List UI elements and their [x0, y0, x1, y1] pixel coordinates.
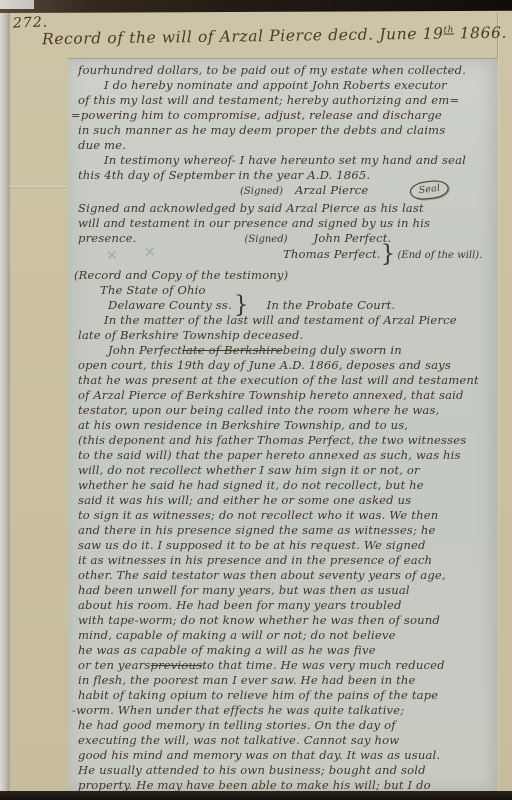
- text-line: had been unwell for many years, but was …: [78, 583, 498, 598]
- text-segment: or ten years: [78, 658, 151, 673]
- text-segment: good his mind and memory was on that day…: [78, 748, 440, 763]
- text-line: of this my last will and testament; here…: [78, 93, 498, 108]
- text-line: Delaware County ss.}In the Probate Court…: [78, 298, 498, 313]
- text-segment: about his room. He had been for many yea…: [78, 598, 402, 613]
- page-title-text: Record of the will of Arzal Pierce decd.…: [42, 25, 444, 49]
- text-segment: presence.: [78, 231, 137, 246]
- page-title-year: 1866.: [454, 24, 507, 43]
- text-segment: fourhundred dollars, to be paid out of m…: [78, 63, 466, 78]
- text-line: habit of taking opium to relieve him of …: [78, 688, 498, 703]
- page-corner: [0, 0, 34, 9]
- text-segment: (Record and Copy of the testimony): [74, 268, 288, 283]
- text-segment: of Arzal Pierce of Berkshire Township he…: [78, 388, 464, 403]
- seal-stamp: Seal: [409, 179, 450, 202]
- text-segment: he had good memory in telling stories. O…: [78, 718, 396, 733]
- text-segment: will, do not recollect whether I saw him…: [78, 463, 420, 478]
- text-segment: that he was present at the execution of …: [78, 373, 479, 388]
- text-segment: habit of taking opium to relieve him of …: [78, 688, 438, 703]
- text-segment: He usually attended to his own business;…: [78, 763, 426, 778]
- text-segment: being duly sworn in: [283, 343, 402, 358]
- text-line: he had good memory in telling stories. O…: [78, 718, 498, 733]
- will-text-lines: fourhundred dollars, to be paid out of m…: [78, 63, 498, 793]
- text-line: to the said will) that the paper hereto …: [78, 448, 498, 463]
- text-line: said it was his will; and either he or s…: [78, 493, 498, 508]
- text-segment: to sign it as witnesses; do not recollec…: [78, 508, 438, 523]
- text-segment: other. The said testator was then about …: [78, 568, 446, 583]
- scanned-record-page: 272. Record of the will of Arzal Pierce …: [0, 0, 512, 800]
- text-line: in such manner as he may deem proper the…: [78, 123, 498, 138]
- text-segment: due me.: [78, 138, 126, 153]
- text-segment: Delaware County ss.: [108, 298, 232, 313]
- text-segment: to that time. He was very much reduced: [202, 658, 445, 673]
- text-line: of Arzal Pierce of Berkshire Township he…: [78, 388, 498, 403]
- text-segment: In the Probate Court.: [267, 298, 396, 313]
- text-segment: it as witnesses in his presence and in t…: [78, 553, 432, 568]
- text-line: at his own residence in Berkshire Townsh…: [78, 418, 498, 433]
- text-segment: with tape-worm; do not know whether he w…: [78, 613, 440, 628]
- text-segment: The State of Ohio: [100, 283, 206, 298]
- text-segment: this 4th day of September in the year A.…: [78, 168, 370, 183]
- text-segment: Signed and acknowledged by said Arzal Pi…: [78, 201, 424, 216]
- text-line: John Perfect late of Berkshire being dul…: [78, 343, 498, 358]
- text-segment: he was as capable of making a will as he…: [78, 643, 376, 658]
- text-line: late of Berkshire Township deceased.: [78, 328, 498, 343]
- text-line: whether he said he had signed it, do not…: [78, 478, 498, 493]
- text-segment: (Signed): [245, 232, 288, 247]
- text-line: testator, upon our being called into the…: [78, 403, 498, 418]
- text-line: (Record and Copy of the testimony): [78, 268, 498, 283]
- text-line: I do hereby nominate and appoint John Ro…: [78, 78, 498, 93]
- text-segment: mind, capable of making a will or not; d…: [78, 628, 396, 643]
- text-line: and there in his presence signed the sam…: [78, 523, 498, 538]
- text-segment: John Perfect: [108, 343, 182, 358]
- text-line: to sign it as witnesses; do not recollec…: [78, 508, 498, 523]
- text-segment: John Perfect.: [314, 231, 392, 246]
- text-segment: previous: [151, 658, 203, 673]
- page-crease: [9, 186, 69, 187]
- record-sheet: fourhundred dollars, to be paid out of m…: [68, 58, 498, 792]
- text-line: or ten years previous to that time. He w…: [78, 658, 498, 673]
- text-segment: and there in his presence signed the sam…: [78, 523, 435, 538]
- text-segment: in flesh, the poorest man I ever saw. He…: [78, 673, 416, 688]
- text-segment: -worm. When under that effects he was qu…: [72, 703, 404, 718]
- book-edge-top: [0, 0, 512, 13]
- text-segment: said it was his will; and either he or s…: [78, 493, 411, 508]
- text-line: due me.: [78, 138, 498, 153]
- text-segment: in such manner as he may deem proper the…: [78, 123, 445, 138]
- text-line: =powering him to compromise, adjust, rel…: [78, 108, 498, 123]
- text-line: mind, capable of making a will or not; d…: [78, 628, 498, 643]
- text-segment: =powering him to compromise, adjust, rel…: [71, 108, 442, 123]
- text-line: that he was present at the execution of …: [78, 373, 498, 388]
- text-line: other. The said testator was then about …: [78, 568, 498, 583]
- text-segment: (End of the will).: [397, 248, 482, 263]
- text-line: (this deponent and his father Thomas Per…: [78, 433, 498, 448]
- text-line: In testimony whereof- I have hereunto se…: [78, 153, 498, 168]
- text-segment: late of Berkshire Township deceased.: [78, 328, 303, 343]
- book-edge-bottom: [0, 791, 512, 800]
- text-line: saw us do it. I supposed it to be at his…: [78, 538, 498, 553]
- text-segment: saw us do it. I supposed it to be at his…: [78, 538, 426, 553]
- text-line: he was as capable of making a will as he…: [78, 643, 498, 658]
- book-binding-left: [0, 0, 10, 800]
- text-segment: late of Berkshire: [182, 343, 283, 358]
- text-line: will, do not recollect whether I saw him…: [78, 463, 498, 478]
- text-segment: testator, upon our being called into the…: [78, 403, 439, 418]
- text-segment: whether he said he had signed it, do not…: [78, 478, 424, 493]
- text-line: fourhundred dollars, to be paid out of m…: [78, 63, 498, 78]
- text-segment: In testimony whereof- I have hereunto se…: [104, 153, 466, 168]
- text-segment: of this my last will and testament; here…: [78, 93, 459, 108]
- text-line: (Signed)Arzal PierceSeal: [78, 183, 498, 201]
- text-line: The State of Ohio: [78, 283, 498, 298]
- text-line: about his room. He had been for many yea…: [78, 598, 498, 613]
- page-number: 272.: [13, 14, 49, 31]
- text-line: with tape-worm; do not know whether he w…: [78, 613, 498, 628]
- text-segment: had been unwell for many years, but was …: [78, 583, 410, 598]
- page-title: Record of the will of Arzal Pierce decd.…: [42, 24, 502, 48]
- text-segment: (Signed): [240, 184, 283, 199]
- text-segment: at his own residence in Berkshire Townsh…: [78, 418, 408, 433]
- text-segment: will and testament in our presence and s…: [78, 216, 430, 231]
- text-line: good his mind and memory was on that day…: [78, 748, 498, 763]
- text-line: open court, this 19th day of June A.D. 1…: [78, 358, 498, 373]
- text-segment: Arzal Pierce: [295, 183, 368, 198]
- text-line: He usually attended to his own business;…: [78, 763, 498, 778]
- text-segment: I do hereby nominate and appoint John Ro…: [104, 78, 447, 93]
- text-line: executing the will, was not talkative. C…: [78, 733, 498, 748]
- text-segment: Thomas Perfect.: [283, 247, 381, 262]
- text-line: Signed and acknowledged by said Arzal Pi…: [78, 201, 498, 216]
- text-segment: executing the will, was not talkative. C…: [78, 733, 399, 748]
- text-line: it as witnesses in his presence and in t…: [78, 553, 498, 568]
- text-segment: open court, this 19th day of June A.D. 1…: [78, 358, 451, 373]
- text-line: -worm. When under that effects he was qu…: [78, 703, 498, 718]
- text-line: in flesh, the poorest man I ever saw. He…: [78, 673, 498, 688]
- text-segment: to the said will) that the paper hereto …: [78, 448, 461, 463]
- text-segment: In the matter of the last will and testa…: [104, 313, 457, 328]
- page-title-ordinal: th: [443, 25, 454, 35]
- text-line: In the matter of the last will and testa…: [78, 313, 498, 328]
- text-segment: (this deponent and his father Thomas Per…: [78, 433, 466, 448]
- text-line: will and testament in our presence and s…: [78, 216, 498, 231]
